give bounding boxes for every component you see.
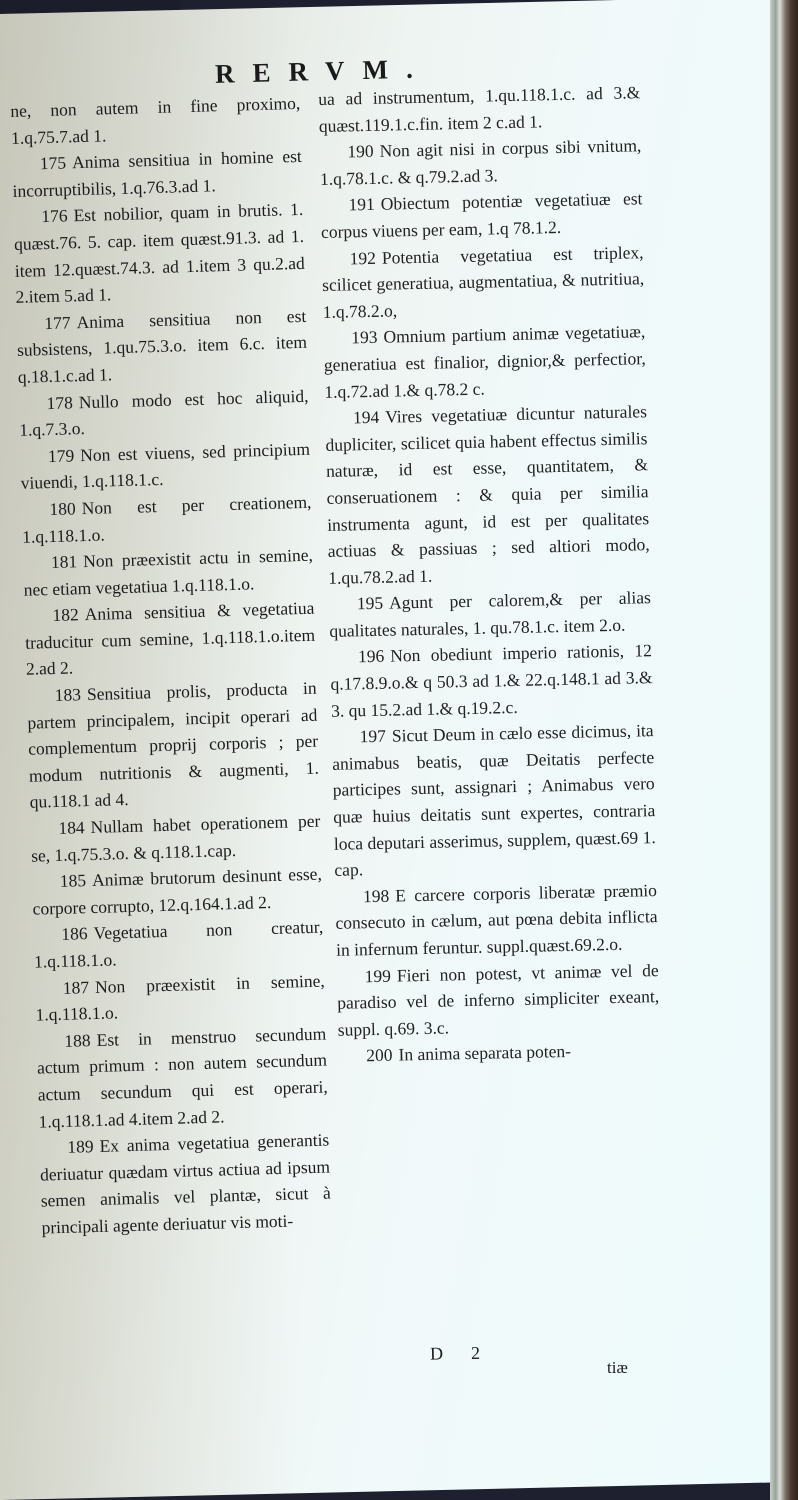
index-entry: 175Anima sensitiua in homine est incorru… (11, 143, 302, 204)
index-entry: 193Omnium partium animæ vegetatiuæ, gene… (323, 319, 647, 406)
index-entry: 199Fieri non potest, vt animæ vel de par… (336, 957, 660, 1044)
signature-letter: D (430, 1343, 443, 1363)
index-entry: 195Agunt per calorem,& per alias qualita… (329, 584, 652, 644)
entry-number: 189 (67, 1136, 94, 1157)
index-entry: 187Non præexistit in semine, 1.q.118.1.o… (35, 967, 326, 1028)
right-column: ua ad instrumentum, 1.qu.118.1.c. ad 3.&… (318, 79, 661, 1069)
entry-number: 194 (353, 407, 380, 428)
entry-number: 183 (54, 684, 81, 705)
entry-number: 199 (364, 965, 391, 986)
page-edge (770, 0, 798, 1500)
entry-number: 176 (41, 206, 68, 227)
index-entry: 178Nullo modo est hoc aliquid, 1.q.7.3.o… (18, 382, 309, 443)
signature-mark: D2 (430, 1342, 508, 1364)
entry-number: 192 (349, 247, 376, 268)
index-entry: 190Non agit nisi in corpus sibi vnitum, … (319, 132, 642, 192)
index-entry: 196Non obediunt imperio rationis, 12 q.1… (330, 638, 654, 725)
entry-number: 196 (358, 646, 385, 667)
entry-number: 187 (63, 977, 90, 998)
index-entry: 185Animæ brutorum desinunt esse, corpore… (32, 861, 323, 922)
index-entry: 176Est nobilior, quam in brutis. 1. quæs… (13, 196, 306, 310)
left-column: ne, non autem in fine proximo, 1.q.75.7.… (10, 90, 332, 1241)
index-entry: ne, non autem in fine proximo, 1.q.75.7.… (10, 90, 301, 151)
index-entry: 184Nullam habet operationem per se, 1.q.… (30, 808, 321, 869)
index-entry: 191Obiectum potentiæ vegetatiuæ est corp… (320, 186, 643, 246)
entry-number: 190 (347, 141, 374, 162)
entry-number: 179 (48, 445, 75, 466)
index-entry: 194Vires vegetatiuæ dicuntur naturales d… (325, 398, 651, 591)
index-entry: 186Vegetatiua non creatur, 1.q.118.1.o. (33, 914, 324, 975)
entry-number: 177 (44, 312, 71, 333)
entry-number: 185 (60, 870, 87, 891)
entry-number: 180 (49, 498, 76, 519)
entry-number: 193 (351, 327, 378, 348)
entry-number: 200 (366, 1045, 393, 1066)
entry-number: 191 (348, 194, 375, 215)
entry-text: ne, non autem in fine proximo, 1.q.75.7.… (10, 93, 300, 148)
entry-text: In anima separata poten- (398, 1041, 571, 1065)
index-entry: 179Non est viuens, sed principium viuend… (20, 435, 311, 496)
entry-number: 184 (58, 817, 85, 838)
index-entry: 183Sensitiua prolis, producta in partem … (26, 675, 320, 816)
entry-number: 188 (64, 1030, 91, 1051)
index-entry: 177Anima sensitiua non est subsistens, 1… (16, 303, 308, 391)
index-entry: ua ad instrumentum, 1.qu.118.1.c. ad 3.&… (318, 79, 641, 139)
entry-number: 175 (40, 153, 67, 174)
entry-number: 198 (363, 886, 390, 907)
index-entry: 188Est in menstruo secundum actum primum… (36, 1020, 329, 1134)
entry-text: ua ad instrumentum, 1.qu.118.1.c. ad 3.&… (318, 82, 640, 135)
catchword: tiæ (607, 1358, 628, 1378)
index-entry: 197Sicut Deum in cælo esse dicimus, ita … (331, 717, 656, 883)
index-entry: 198E carcere corporis liberatæ præmio co… (335, 877, 659, 964)
index-entry: 192Potentia vegetatiua est triplex, scil… (321, 239, 645, 326)
signature-number: 2 (471, 1343, 480, 1363)
entry-number: 197 (359, 726, 386, 747)
entry-number: 178 (46, 392, 73, 413)
index-entry: 181Non præexistit actu in semine, nec et… (23, 542, 314, 603)
index-entry: 180Non est per creationem, 1.q.118.1.o. (21, 489, 312, 550)
entry-number: 181 (51, 551, 78, 572)
entry-text: Vires vegetatiuæ dicuntur naturales dupl… (325, 401, 650, 587)
entry-number: 186 (61, 924, 88, 945)
index-entry: 182Anima sensitiua & vegetatiua traducit… (24, 595, 316, 683)
entry-number: 182 (52, 605, 79, 626)
index-entry: 189Ex anima vegetatiua generantis deriua… (39, 1127, 332, 1241)
entry-number: 195 (357, 593, 384, 614)
